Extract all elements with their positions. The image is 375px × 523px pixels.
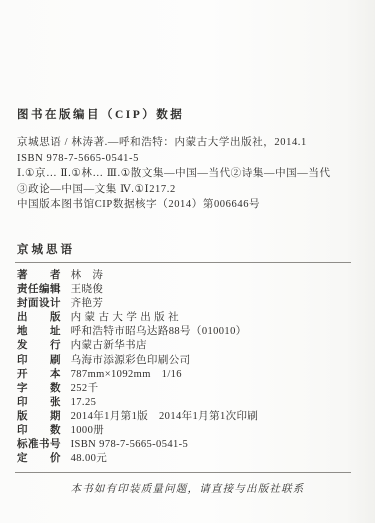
- colophon-row-edition: 版 期 2014年1月第1版 2014年1月第1次印刷: [17, 410, 258, 424]
- colophon-label: 印 刷: [17, 354, 62, 368]
- copyright-page: 图书在版编目（CIP）数据 京城思语 / 林涛著.—呼和浩特：内蒙古大学出版社，…: [0, 0, 375, 523]
- colophon-label: 印 数: [17, 424, 62, 438]
- colophon-label: 定 价: [17, 452, 62, 466]
- colophon-value: 内蒙古新华书店: [71, 339, 147, 353]
- colophon-value: 787mm×1092mm 1/16: [71, 368, 182, 382]
- colophon-row-author: 著 者 林 涛: [17, 269, 258, 283]
- colophon-row-cover-design: 封面设计 齐艳芳: [17, 297, 258, 311]
- colophon-label: 封面设计: [17, 297, 62, 311]
- colophon-value: 乌海市添源彩色印刷公司: [71, 354, 191, 368]
- colophon-label: 开 本: [17, 368, 62, 382]
- cip-block: 京城思语 / 林涛著.—呼和浩特：内蒙古大学出版社，2014.1 ISBN 97…: [17, 135, 365, 213]
- cip-line-record-number: 中国版本图书馆CIP数据核字（2014）第006646号: [17, 197, 365, 213]
- colophon-row-distributor: 发 行 内蒙古新华书店: [17, 339, 258, 353]
- colophon-value: 252千: [71, 382, 99, 396]
- colophon-value: 1000册: [71, 424, 105, 438]
- divider-bottom: [15, 472, 351, 473]
- colophon-label: 出 版: [17, 311, 62, 325]
- colophon-value: 2014年1月第1版 2014年1月第1次印刷: [71, 410, 259, 424]
- colophon-label: 版 期: [17, 410, 62, 424]
- colophon-label: 发 行: [17, 339, 62, 353]
- cip-line-title-statement: 京城思语 / 林涛著.—呼和浩特：内蒙古大学出版社，2014.1: [17, 135, 365, 151]
- colophon-value: 内 蒙 古 大 学 出 版 社: [71, 311, 179, 325]
- colophon-value: 呼和浩特市昭乌达路88号（010010）: [71, 325, 247, 339]
- cip-line-isbn: ISBN 978-7-5665-0541-5: [17, 151, 365, 167]
- colophon-value: 齐艳芳: [71, 297, 104, 311]
- colophon: 著 者 林 涛 责任编辑 王晓俊 封面设计 齐艳芳 出 版 内 蒙 古 大 学 …: [17, 269, 258, 466]
- colophon-value: 17.25: [71, 396, 97, 410]
- colophon-row-isbn: 标准书号 ISBN 978-7-5665-0541-5: [17, 438, 258, 452]
- colophon-row-address: 地 址 呼和浩特市昭乌达路88号（010010）: [17, 325, 258, 339]
- colophon-row-print-run: 印 数 1000册: [17, 424, 258, 438]
- colophon-label: 地 址: [17, 325, 62, 339]
- colophon-row-word-count: 字 数 252千: [17, 382, 258, 396]
- colophon-label: 印 张: [17, 396, 62, 410]
- colophon-row-sheets: 印 张 17.25: [17, 396, 258, 410]
- quality-notice: 本书如有印装质量问题，请直接与出版社联系: [0, 481, 375, 496]
- colophon-label: 著 者: [17, 269, 62, 283]
- divider-top: [15, 262, 351, 263]
- colophon-label: 标准书号: [17, 438, 62, 452]
- book-title: 京城思语: [17, 241, 75, 257]
- colophon-value: 林 涛: [71, 269, 104, 283]
- colophon-row-format: 开 本 787mm×1092mm 1/16: [17, 368, 258, 382]
- colophon-row-printer: 印 刷 乌海市添源彩色印刷公司: [17, 354, 258, 368]
- colophon-value: 王晓俊: [71, 283, 104, 297]
- colophon-row-price: 定 价 48.00元: [17, 452, 258, 466]
- cip-line-classification-2: ③政论—中国—文集 Ⅳ.①Ⅰ217.2: [17, 182, 365, 198]
- cip-header: 图书在版编目（CIP）数据: [17, 106, 184, 122]
- colophon-row-editor: 责任编辑 王晓俊: [17, 283, 258, 297]
- colophon-label: 责任编辑: [17, 283, 62, 297]
- colophon-value: 48.00元: [71, 452, 108, 466]
- colophon-value: ISBN 978-7-5665-0541-5: [71, 438, 189, 452]
- cip-line-classification-1: Ⅰ.①京… Ⅱ.①林… Ⅲ.①散文集—中国—当代②诗集—中国—当代: [17, 166, 365, 182]
- colophon-label: 字 数: [17, 382, 62, 396]
- colophon-row-publisher: 出 版 内 蒙 古 大 学 出 版 社: [17, 311, 258, 325]
